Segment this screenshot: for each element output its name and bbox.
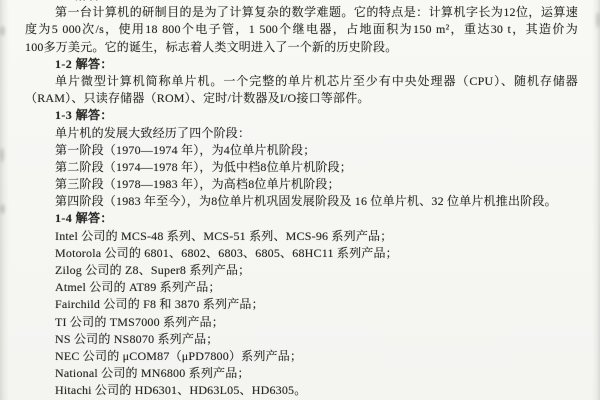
text-line: National 公司的 MN6800 系列产品； (25, 365, 578, 382)
text-line: Intel 公司的 MCS-48 系列、MCS-51 系列、MCS-96 系列产… (25, 228, 578, 245)
text-line: 第四阶段（1983 年至今），为8位单片机巩固发展阶段及 16 位单片机、32 … (25, 193, 578, 210)
text-line: Zilog 公司的 Z8、Super8 系列产品； (25, 262, 578, 279)
text-line: 度为5 000次/s，使用18 800个电子管，1 500个继电器，占地面积为1… (25, 21, 578, 38)
text-line: 单片机的发展大致经历了四个阶段： (25, 125, 578, 142)
text-line: 单片微型计算机简称单片机。一个完整的单片机芯片至少有中央处理器（CPU）、随机存… (25, 73, 578, 90)
text-line: 1-2 解答： (25, 56, 578, 73)
text-line: 第二阶段（1974—1978 年），为低中档8位单片机阶段； (25, 159, 578, 176)
text-line: 1-3 解答： (25, 107, 578, 124)
document-text: 1-1 解答：第一台计算机的研制目的是为了计算复杂的数学难题。它的特点是：计算机… (25, 0, 578, 400)
scan-artifact (0, 26, 5, 36)
scanned-page: 1-1 解答：第一台计算机的研制目的是为了计算复杂的数学难题。它的特点是：计算机… (0, 0, 600, 400)
text-line: Fairchild 公司的 F8 和 3870 系列产品； (25, 296, 578, 313)
text-line: TI 公司的 TMS7000 系列产品； (25, 314, 578, 331)
scan-artifact (0, 204, 5, 214)
text-line: Atmel 公司的 AT89 系列产品； (25, 279, 578, 296)
text-line: NS 公司的 NS8070 系列产品； (25, 331, 578, 348)
text-line: Motorola 公司的 6801、6802、6803、6805、68HC11 … (25, 245, 578, 262)
scan-artifact (596, 12, 600, 28)
text-line: 第一阶段（1970—1974 年），为4位单片机阶段； (25, 142, 578, 159)
text-line: 100多万美元。它的诞生，标志着人类文明进入了一个新的历史阶段。 (25, 39, 578, 56)
text-line: NEC 公司的 μCOM87（μPD7800）系列产品； (25, 348, 578, 365)
scan-artifact (0, 148, 4, 162)
text-line: 1-4 解答： (25, 210, 578, 227)
text-line: 第三阶段（1978—1983 年），为高档8位单片机阶段； (25, 176, 578, 193)
text-line: 第一台计算机的研制目的是为了计算复杂的数学难题。它的特点是：计算机字长为12位，… (25, 4, 578, 21)
text-line: Hitachi 公司的 HD6301、HD63L05、HD6305。 (25, 382, 578, 399)
text-line: （RAM）、只读存储器（ROM）、定时/计数器及I/O接口等部件。 (25, 90, 578, 107)
